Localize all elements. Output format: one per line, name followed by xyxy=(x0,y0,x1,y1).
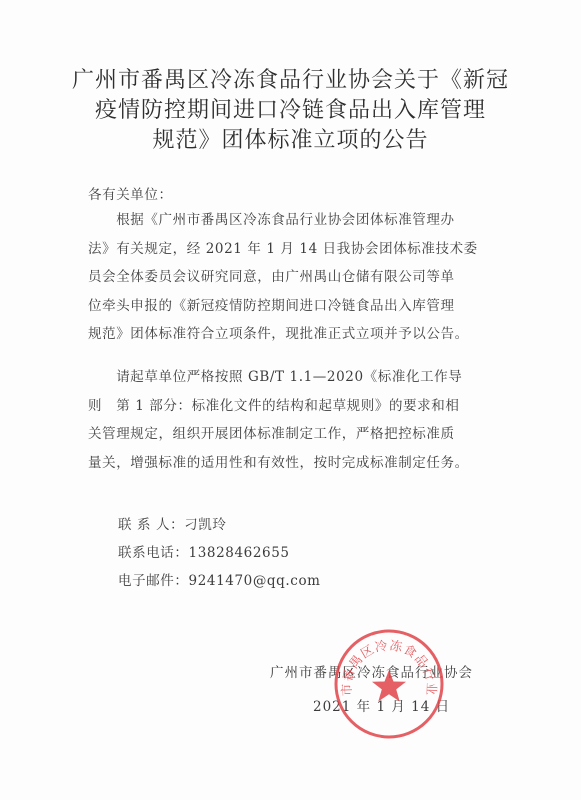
title-line-1: 广州市番禺区冷冻食品行业协会关于《新冠 xyxy=(60,66,521,96)
contact-person-label: 联 系 人： xyxy=(118,517,184,533)
paragraph-1-line: 规范》团体标准符合立项条件，现批准正式立项并予以公告。 xyxy=(88,320,518,349)
paragraph-1-line: 法》有关规定，经 2021 年 1 月 14 日我协会团体标准技术委 xyxy=(88,235,518,264)
contact-email-label: 电子邮件： xyxy=(118,573,189,589)
paragraph-2-line: 量关，增强标准的适用性和有效性，按时完成标准制定任务。 xyxy=(88,449,518,478)
paragraph-2-line: 请起草单位严格按照 GB/T 1.1—2020《标准化工作导 xyxy=(88,363,518,392)
contact-person-value: 刁凯玲 xyxy=(184,517,226,533)
title-line-2: 疫情防控期间进口冷链食品出入库管理 xyxy=(60,96,521,126)
paragraph-2-line: 则 第 1 部分：标准化文件的结构和起草规则》的要求和相 xyxy=(88,392,518,421)
contact-person: 联 系 人：刁凯玲 xyxy=(118,511,321,539)
contact-phone-label: 联系电话： xyxy=(118,545,189,561)
official-seal: 广州市番禺区冷冻食品行业协会 xyxy=(333,628,445,740)
paragraph-1-line: 位牵头申报的《新冠疫情防控期间进口冷链食品出入库管理 xyxy=(88,292,518,321)
title-line-3: 规范》团体标准立项的公告 xyxy=(60,126,521,156)
contact-email: 电子邮件：9241470@qq.com xyxy=(118,567,321,595)
document-page: 广州市番禺区冷冻食品行业协会关于《新冠 疫情防控期间进口冷链食品出入库管理 规范… xyxy=(0,0,581,800)
paragraph-2: 请起草单位严格按照 GB/T 1.1—2020《标准化工作导 则 第 1 部分：… xyxy=(88,363,518,477)
paragraph-2-line: 关管理规定，组织开展团体标准制定工作，严格把控标准质 xyxy=(88,420,518,449)
paragraph-1-line: 根据《广州市番禺区冷冻食品行业协会团体标准管理办 xyxy=(88,206,518,235)
document-title: 广州市番禺区冷冻食品行业协会关于《新冠 疫情防控期间进口冷链食品出入库管理 规范… xyxy=(60,66,521,156)
contact-email-value: 9241470@qq.com xyxy=(189,573,321,589)
paragraph-1: 根据《广州市番禺区冷冻食品行业协会团体标准管理办 法》有关规定，经 2021 年… xyxy=(88,206,518,349)
contact-phone: 联系电话：13828462655 xyxy=(118,539,321,567)
paragraph-1-line: 员会全体委员会议研究同意，由广州禺山仓储有限公司等单 xyxy=(88,263,518,292)
star-icon xyxy=(372,670,406,702)
salutation: 各有关单位： xyxy=(88,183,173,203)
contact-phone-value: 13828462655 xyxy=(189,545,290,561)
contact-info: 联 系 人：刁凯玲 联系电话：13828462655 电子邮件：9241470@… xyxy=(118,511,321,595)
